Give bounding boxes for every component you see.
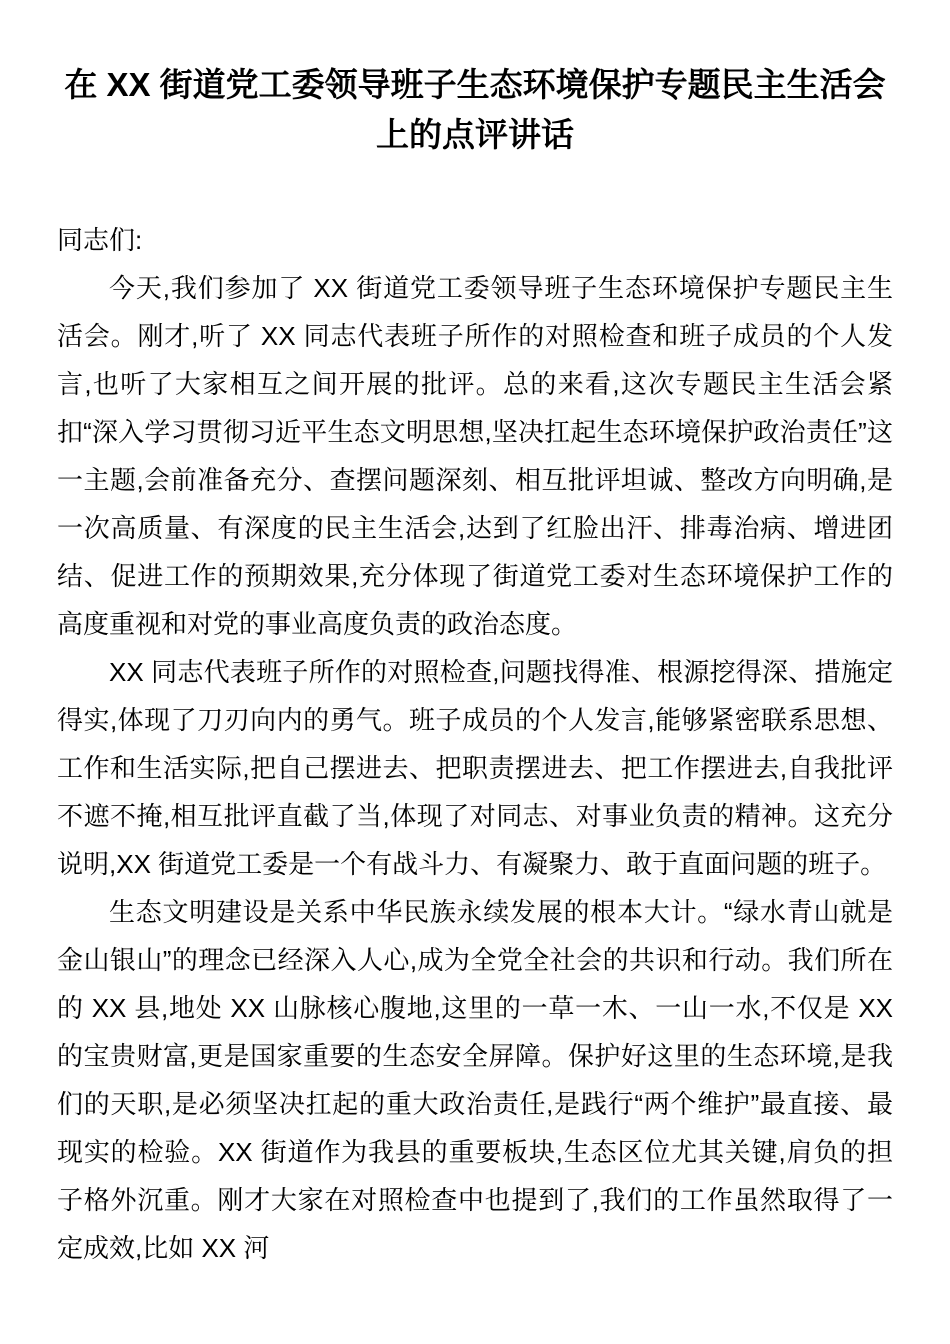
salutation: 同志们:	[57, 216, 893, 264]
paragraph-2: XX 同志代表班子所作的对照检查,问题找得准、根源挖得深、措施定得实,体现了刀刃…	[57, 648, 893, 888]
document-body: 同志们:今天,我们参加了 XX 街道党工委领导班子生态环境保护专题民主生活会。刚…	[57, 216, 893, 1272]
paragraph-3: 生态文明建设是关系中华民族永续发展的根本大计。“绿水青山就是金山银山”的理念已经…	[57, 888, 893, 1272]
document-title: 在 XX 街道党工委领导班子生态环境保护专题民主生活会上的点评讲话	[57, 60, 893, 160]
document-page: 在 XX 街道党工委领导班子生态环境保护专题民主生活会上的点评讲话 同志们:今天…	[0, 0, 950, 1344]
paragraph-1: 今天,我们参加了 XX 街道党工委领导班子生态环境保护专题民主生活会。刚才,听了…	[57, 264, 893, 648]
